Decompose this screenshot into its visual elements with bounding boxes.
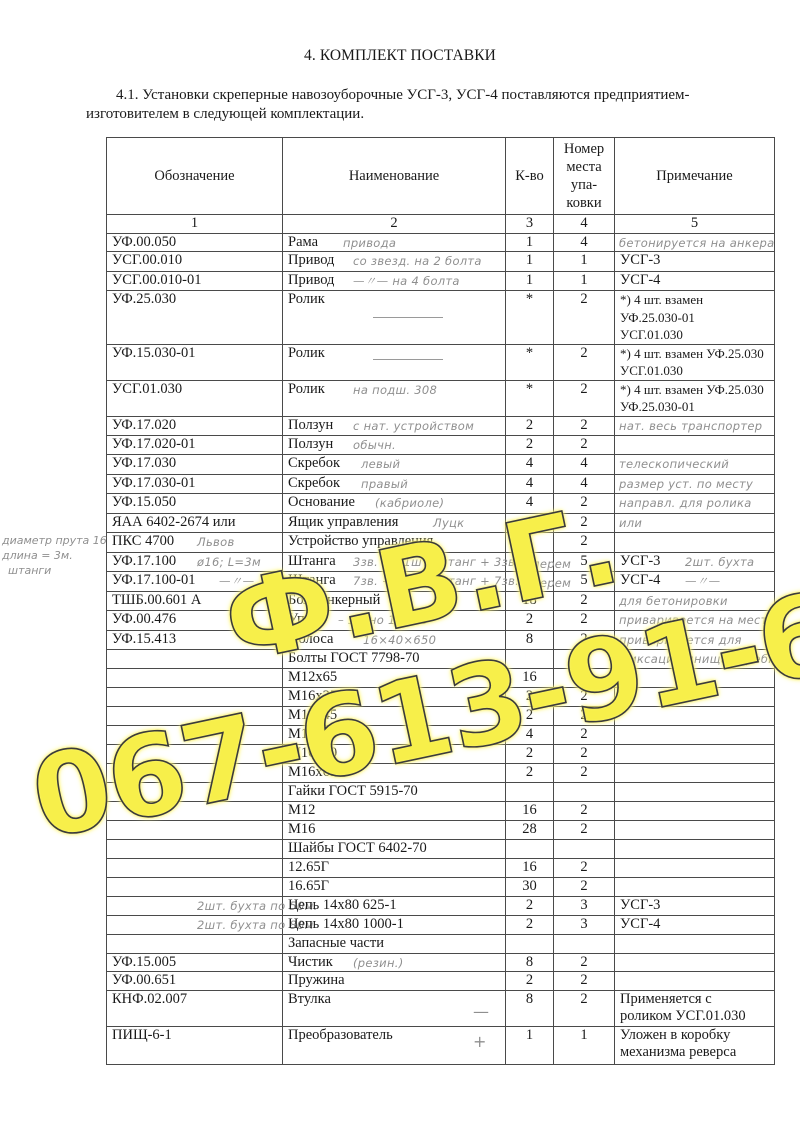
cell-name: Болт анкерный <box>283 591 506 610</box>
cell-pack-number-text: 2 <box>580 764 587 780</box>
cell-name: Штанга7зв. + 14шт. штанг + 7зв. <box>283 571 506 591</box>
note-text: УСГ-3 <box>620 252 660 268</box>
cell-name: 12.65Г <box>283 858 506 877</box>
cell-name: Основание(кабриоле) <box>283 493 506 513</box>
header-qty: К-во <box>506 138 554 215</box>
margin-handwritten-note: диаметр прута 16 длина = 3м. штанги <box>2 533 107 578</box>
cell-name: Преобразователь+ <box>283 1026 506 1064</box>
cell-pack-number-text: 2 <box>580 745 587 761</box>
header-row: Обозначение Наименование К-во Номер мест… <box>107 138 775 215</box>
cell-note: УСГ-4 <box>615 915 775 934</box>
cell-name-text: Рама <box>288 234 318 250</box>
cell-pack-number: 2 <box>554 435 615 454</box>
cell-designation-text: УФ.15.030-01 <box>112 345 195 361</box>
cell-designation: 2шт. бухта по 50м. <box>107 896 283 915</box>
cell-designation <box>107 649 283 668</box>
cell-note: УСГ-4 <box>615 272 775 291</box>
cell-qty: 2 <box>506 610 554 630</box>
cell-pack-number-text: 2 <box>580 514 587 530</box>
cell-designation-text: УФ.17.020-01 <box>112 436 195 452</box>
table-row: УСГ.01.030Роликна подш. 308*2*) 4 шт. вз… <box>107 380 775 416</box>
cell-designation-text: ЯАА 6402-2674 или <box>112 514 235 530</box>
cell-name: Цепь 14х80 625-1 <box>283 896 506 915</box>
cell-designation <box>107 725 283 744</box>
column-number: 1 <box>107 215 283 234</box>
cell-qty: * <box>506 344 554 380</box>
cell-qty-text: 4 <box>526 494 533 510</box>
table-row: М16х3522 <box>107 687 775 706</box>
note-text: УСГ-3 <box>620 553 660 569</box>
cell-name-text: М16х60 <box>288 745 337 761</box>
table-row: Болты ГОСТ 7798-70фиксации днища скребка… <box>107 649 775 668</box>
cell-note: приваривается на месту. <box>615 610 775 630</box>
cell-qty-text: 2 <box>526 897 533 913</box>
cell-note <box>615 953 775 972</box>
cell-qty: 2 <box>506 763 554 782</box>
cell-pack-number-text: 2 <box>580 688 587 704</box>
cell-pack-number-text: 4 <box>580 234 587 250</box>
cell-qty: 2 <box>506 416 554 435</box>
cell-note <box>615 782 775 801</box>
cell-designation: УФ.17.020-01 <box>107 435 283 454</box>
cell-qty <box>506 782 554 801</box>
table-row: М16х5042 <box>107 725 775 744</box>
cell-designation-text: УСГ.00.010 <box>112 252 182 268</box>
cell-pack-number-text: 1 <box>580 272 587 288</box>
note-text: УСГ-3 <box>620 897 660 913</box>
cell-designation: УФ.25.030 <box>107 291 283 345</box>
note-line: УФ.25.030-01 <box>620 309 769 327</box>
cell-name-text: Основание <box>288 494 355 510</box>
table-row: М16х6022 <box>107 744 775 763</box>
cell-qty-text: * <box>526 345 533 361</box>
intro-line-1: 4.1. Установки скреперные навозоуборочны… <box>86 86 776 105</box>
cell-qty-text: 8 <box>526 991 533 1007</box>
table-row: УФ.15.030-01Ролик*2*) 4 шт. взамен УФ.25… <box>107 344 775 380</box>
cell-note: направл. для ролика <box>615 493 775 513</box>
cell-designation: УФ.17.100ø16; L=3м <box>107 552 283 571</box>
cell-qty: 16 <box>506 858 554 877</box>
cell-qty: 2 <box>506 744 554 763</box>
cell-designation: УФ.17.100-01—〃— <box>107 571 283 591</box>
handwritten-annotation: Львов <box>197 534 235 552</box>
cell-name-text: Привод <box>288 272 334 288</box>
handwritten-annotation: телескопический <box>619 456 729 474</box>
column-number-row: 1 2 3 4 5 <box>107 215 775 234</box>
cell-name-text: 12.65Г <box>288 859 329 875</box>
cell-pack-number-text: 3 <box>580 897 587 913</box>
cell-note: размер уст. по месту <box>615 474 775 493</box>
handwritten-annotation: —〃— <box>219 573 254 591</box>
table-body: УФ.00.050Рамапривода14бетонируется на ан… <box>107 233 775 1064</box>
margin-note-line: длина = 3м. <box>2 548 107 563</box>
cell-qty: 2 <box>506 435 554 454</box>
cell-qty-text: * <box>526 291 533 307</box>
cell-name: Ползунс нат. устройством <box>283 416 506 435</box>
cell-note <box>615 668 775 687</box>
cell-pack-number: 2 <box>554 858 615 877</box>
cell-qty-text: 1 <box>526 252 533 268</box>
cell-name-text: Шайбы ГОСТ 6402-70 <box>288 840 427 856</box>
cell-qty: 16 <box>506 668 554 687</box>
handwritten-annotation: —〃— на 4 болта <box>353 273 460 291</box>
cell-pack-number: 4 <box>554 233 615 252</box>
cell-designation-text: УФ.17.100 <box>112 553 176 569</box>
table-row: УФ.15.413Полоса16×40×65082приваривается … <box>107 630 775 649</box>
cell-note <box>615 820 775 839</box>
cell-designation: УФ.15.005 <box>107 953 283 972</box>
handwritten-annotation: с нат. устройством <box>353 418 474 436</box>
cell-qty-text: 2 <box>526 688 533 704</box>
table-row: 2шт. бухта по 50м.Цепь 14х80 625-123УСГ-… <box>107 896 775 915</box>
handwritten-annotation: нат. весь транспортер <box>619 418 762 436</box>
cell-qty-text: 2 <box>526 972 533 988</box>
cell-name: Гайки ГОСТ 5915-70 <box>283 782 506 801</box>
cell-name: Привод—〃— на 4 болта <box>283 272 506 291</box>
cell-designation <box>107 858 283 877</box>
cell-pack-number: 2 <box>554 687 615 706</box>
table-row: УФ.00.651Пружина22 <box>107 972 775 991</box>
cell-designation: ЯАА 6402-2674 или <box>107 513 283 532</box>
cell-qty: 1 <box>506 1026 554 1064</box>
table-row: УФ.00.476Упор– звено 14×8022привариваетс… <box>107 610 775 630</box>
cell-pack-number: 1 <box>554 272 615 291</box>
header-pack-line: ковки <box>554 194 614 212</box>
cell-note: или <box>615 513 775 532</box>
handwritten-annotation: приваривается для <box>619 632 742 650</box>
cell-name-text: 16.65Г <box>288 878 329 894</box>
cell-qty: 2 <box>506 915 554 934</box>
table-row: 12.65Г162 <box>107 858 775 877</box>
cell-pack-number: 3 <box>554 915 615 934</box>
cell-name-text: Болты ГОСТ 7798-70 <box>288 650 419 666</box>
cell-qty-text: 16 <box>522 859 537 875</box>
cell-name-text: Цепь 14х80 625-1 <box>288 897 397 913</box>
cell-pack-number-text: 5 <box>580 572 587 588</box>
cell-name-text: Ползун <box>288 436 333 452</box>
cell-name: 16.65Г <box>283 877 506 896</box>
cell-designation: 2шт. бухта по 80м <box>107 915 283 934</box>
cell-qty-text: 1 <box>526 272 533 288</box>
cell-pack-number: 2 <box>554 493 615 513</box>
cell-designation: УФ.15.050 <box>107 493 283 513</box>
cell-pack-number-text: 2 <box>580 611 587 627</box>
table-row: УСГ.00.010Приводсо звезд. на 2 болта11УС… <box>107 252 775 272</box>
cell-pack-number-text: 2 <box>580 726 587 742</box>
cell-pack-number-text: 2 <box>580 417 587 433</box>
handwritten-annotation: 3зв. + 11шт. штанг + 3зв. <box>353 554 519 572</box>
cell-name-text: Втулка <box>288 991 331 1007</box>
cell-pack-number-text: 2 <box>580 533 587 549</box>
cell-pack-number-text: 2 <box>580 859 587 875</box>
cell-name: М12 <box>283 801 506 820</box>
cell-name-text: М12х65 <box>288 669 337 685</box>
cell-designation: ПИЩ-6-1 <box>107 1026 283 1064</box>
cell-pack-number-text: 2 <box>580 291 587 307</box>
handwritten-annotation: направл. для ролика <box>619 495 752 513</box>
cell-name: Ролик <box>283 291 506 345</box>
cell-designation-text: КНФ.02.007 <box>112 991 187 1007</box>
cell-qty: 18 <box>506 591 554 610</box>
cell-name: Болты ГОСТ 7798-70 <box>283 649 506 668</box>
intro-line-2: изготовителем в следующей комплектации. <box>86 105 776 124</box>
table-row: 2шт. бухта по 80мЦепь 14х80 1000-123УСГ-… <box>107 915 775 934</box>
cell-pack-number <box>554 649 615 668</box>
cell-pack-number-text: 4 <box>580 475 587 491</box>
cell-qty-text: 2 <box>526 764 533 780</box>
cell-pack-number-text: 4 <box>580 455 587 471</box>
cell-note: УСГ-3 <box>615 896 775 915</box>
cell-pack-number: 2 <box>554 990 615 1026</box>
cell-pack-number: 2 <box>554 513 615 532</box>
cell-name-text: Ролик <box>288 381 325 397</box>
cell-designation <box>107 820 283 839</box>
cell-qty: 1 <box>506 272 554 291</box>
cell-name: Приводсо звезд. на 2 болта <box>283 252 506 272</box>
cell-qty-text: * <box>526 381 533 397</box>
column-number: 5 <box>615 215 775 234</box>
table-row: УФ.17.020-01Ползунобычн.22 <box>107 435 775 454</box>
cell-pack-number: 2 <box>554 610 615 630</box>
cell-name: Втулка— <box>283 990 506 1026</box>
cell-qty: 2 <box>506 896 554 915</box>
cell-name: Скребоклевый <box>283 454 506 474</box>
cell-name-text: М16х35 <box>288 688 337 704</box>
cell-designation-text: УФ.15.413 <box>112 631 176 647</box>
cell-designation-text: УФ.00.476 <box>112 611 176 627</box>
column-number: 4 <box>554 215 615 234</box>
table-row: УФ.15.050Основание(кабриоле)42направл. д… <box>107 493 775 513</box>
handwritten-annotation: фиксации днища скребка. <box>619 651 787 669</box>
cell-qty: 2перем <box>506 571 554 591</box>
handwritten-dash: — <box>473 1003 489 1021</box>
note-line: *) 4 шт. взамен <box>620 291 769 309</box>
header-designation: Обозначение <box>107 138 283 215</box>
cell-pack-number-text: 1 <box>580 1027 587 1043</box>
cell-pack-number-text: 2 <box>580 991 587 1007</box>
table-row: УСГ.00.010-01Привод—〃— на 4 болта11УСГ-4 <box>107 272 775 291</box>
cell-qty: 8 <box>506 990 554 1026</box>
table-row: М16х4522 <box>107 706 775 725</box>
handwritten-annotation: размер уст. по месту <box>619 476 753 494</box>
cell-pack-number-text: 5 <box>580 553 587 569</box>
cell-designation-text: УФ.17.030-01 <box>112 475 195 491</box>
cell-designation <box>107 801 283 820</box>
cell-designation: УФ.00.050 <box>107 233 283 252</box>
cell-designation: УСГ.01.030 <box>107 380 283 416</box>
table-row: УФ.00.050Рамапривода14бетонируется на ан… <box>107 233 775 252</box>
table-row: 16.65Г302 <box>107 877 775 896</box>
cell-pack-number: 4 <box>554 454 615 474</box>
cell-pack-number: 4 <box>554 474 615 493</box>
cell-name: Шайбы ГОСТ 6402-70 <box>283 839 506 858</box>
cell-qty: 30 <box>506 877 554 896</box>
section-title: 4. КОМПЛЕКТ ПОСТАВКИ <box>0 47 800 65</box>
cell-qty: 8 <box>506 953 554 972</box>
cell-pack-number: 2 <box>554 591 615 610</box>
note-text: УСГ-4 <box>620 916 660 932</box>
cell-name-text: Упор <box>288 611 319 627</box>
cell-qty-text: 16 <box>522 669 537 685</box>
cell-designation <box>107 763 283 782</box>
cell-qty-text: 16 <box>522 802 537 818</box>
cell-name-text: Ролик <box>288 345 325 361</box>
handwritten-annotation: 7зв. + 14шт. штанг + 7зв. <box>353 573 519 591</box>
cell-pack-number: 2 <box>554 291 615 345</box>
cell-designation-text: УФ.17.030 <box>112 455 176 471</box>
handwritten-annotation: со звезд. на 2 болта <box>353 253 482 271</box>
note-line: УСГ.01.030 <box>620 362 769 380</box>
cell-note: бетонируется на анкера <box>615 233 775 252</box>
cell-note <box>615 858 775 877</box>
cell-pack-number: 2 <box>554 725 615 744</box>
cell-designation <box>107 687 283 706</box>
cell-qty: 1 <box>506 233 554 252</box>
cell-note <box>615 744 775 763</box>
table-row: УФ.15.005Чистик(резин.)82 <box>107 953 775 972</box>
cell-pack-number: 2 <box>554 416 615 435</box>
table-row: УФ.17.100ø16; L=3мШтанга3зв. + 11шт. шта… <box>107 552 775 571</box>
cell-pack-number-text: 2 <box>580 669 587 685</box>
cell-note <box>615 687 775 706</box>
cell-pack-number: 2 <box>554 532 615 552</box>
cell-pack-number-text: 2 <box>580 972 587 988</box>
cell-pack-number-text: 2 <box>580 345 587 361</box>
cell-note: нат. весь транспортер <box>615 416 775 435</box>
table-row: УФ.17.030-01Скребокправый44размер уст. п… <box>107 474 775 493</box>
handwritten-annotation: Луцк <box>433 515 464 533</box>
note-line: Применяется с <box>620 991 769 1009</box>
cell-name: Ролик <box>283 344 506 380</box>
cell-qty <box>506 839 554 858</box>
cell-designation-text: УФ.15.050 <box>112 494 176 510</box>
cell-qty-text: 8 <box>526 954 533 970</box>
cell-qty: 16 <box>506 801 554 820</box>
cell-designation-text: УФ.25.030 <box>112 291 176 307</box>
cell-note <box>615 801 775 820</box>
table-row: Шайбы ГОСТ 6402-70 <box>107 839 775 858</box>
cell-qty-text: 2 <box>526 707 533 723</box>
cell-pack-number-text: 2 <box>580 878 587 894</box>
cell-pack-number-text: 2 <box>580 436 587 452</box>
cell-pack-number-text: 2 <box>580 631 587 647</box>
cell-pack-number: 2 <box>554 877 615 896</box>
cell-qty: 2 <box>506 972 554 991</box>
cell-name-text: Ролик <box>288 291 325 307</box>
cell-pack-number: 5 <box>554 571 615 591</box>
table-row: ПИЩ-6-1Преобразователь+11Уложен в коробк… <box>107 1026 775 1064</box>
cell-qty: * <box>506 380 554 416</box>
cell-pack-number-text: 1 <box>580 252 587 268</box>
table-row: КНФ.02.007Втулка—82Применяется сроликом … <box>107 990 775 1026</box>
cell-name-text: М16х50 <box>288 726 337 742</box>
cell-qty: 2 <box>506 706 554 725</box>
cell-pack-number-text: 2 <box>580 707 587 723</box>
cell-name: М16х45 <box>283 706 506 725</box>
handwritten-dash <box>373 317 443 318</box>
cell-note: УСГ-32шт. бухта <box>615 552 775 571</box>
handwritten-annotation: левый <box>361 456 400 474</box>
cell-note: *) 4 шт. взаменУФ.25.030-01УСГ.01.030 <box>615 291 775 345</box>
cell-designation-text: УФ.00.651 <box>112 972 176 988</box>
table-row: М12162 <box>107 801 775 820</box>
handwritten-annotation: для бетонировки <box>619 593 728 611</box>
cell-name: Ползунобычн. <box>283 435 506 454</box>
delivery-set-table: Обозначение Наименование К-во Номер мест… <box>106 137 775 1065</box>
note-line: УФ.25.030-01 <box>620 398 769 416</box>
cell-note: фиксации днища скребка. <box>615 649 775 668</box>
note-text: УСГ-4 <box>620 572 660 588</box>
cell-name-text: Ползун <box>288 417 333 433</box>
header-note: Примечание <box>615 138 775 215</box>
table-row: ЯАА 6402-2674 илиЯщик управленияЛуцк12ил… <box>107 513 775 532</box>
cell-note: телескопический <box>615 454 775 474</box>
handwritten-annotation: – звено 14×80 <box>338 612 428 630</box>
cell-qty: 8 <box>506 630 554 649</box>
cell-note: УСГ-4—〃— <box>615 571 775 591</box>
note-line: УСГ.01.030 <box>620 326 769 344</box>
cell-qty-text: 18 <box>522 592 537 608</box>
column-number: 2 <box>283 215 506 234</box>
cell-name: Устройство управления <box>283 532 506 552</box>
table-row: Гайки ГОСТ 5915-70 <box>107 782 775 801</box>
cell-designation <box>107 706 283 725</box>
cell-pack-number <box>554 839 615 858</box>
cell-name: М16х35 <box>283 687 506 706</box>
cell-note <box>615 934 775 953</box>
cell-pack-number: 2 <box>554 344 615 380</box>
cell-note <box>615 725 775 744</box>
cell-name: Запасные части <box>283 934 506 953</box>
cell-name-text: М16 <box>288 821 315 837</box>
cell-name-text: Скребок <box>288 475 340 491</box>
cell-pack-number: 2 <box>554 380 615 416</box>
cell-name: Роликна подш. 308 <box>283 380 506 416</box>
table-row: ТШБ.00.601 АБолт анкерный182для бетониро… <box>107 591 775 610</box>
cell-name-text: Привод <box>288 252 334 268</box>
cell-pack-number-text: 3 <box>580 916 587 932</box>
handwritten-annotation: или <box>619 515 642 533</box>
cell-pack-number-text: 2 <box>580 802 587 818</box>
note-line: *) 4 шт. взамен УФ.25.030 <box>620 381 769 399</box>
cell-qty-text: 1 <box>526 1027 533 1043</box>
cell-designation: ТШБ.00.601 А <box>107 591 283 610</box>
cell-qty-text: 4 <box>526 455 533 471</box>
cell-name: Скребокправый <box>283 474 506 493</box>
cell-pack-number <box>554 782 615 801</box>
cell-name: Чистик(резин.) <box>283 953 506 972</box>
cell-designation-text: УФ.17.020 <box>112 417 176 433</box>
cell-designation: КНФ.02.007 <box>107 990 283 1026</box>
cell-qty-text: 2 <box>526 745 533 761</box>
header-pack-line: упа- <box>554 176 614 194</box>
cell-name-text: Устройство управления <box>288 533 433 549</box>
cell-name-text: М12 <box>288 802 315 818</box>
note-line: Уложен в коробку <box>620 1027 769 1045</box>
table-row: М16282 <box>107 820 775 839</box>
cell-designation: УФ.00.651 <box>107 972 283 991</box>
cell-name: Полоса16×40×650 <box>283 630 506 649</box>
cell-pack-number: 2 <box>554 744 615 763</box>
cell-pack-number: 2 <box>554 801 615 820</box>
cell-designation-text: ТШБ.00.601 А <box>112 592 201 608</box>
cell-qty: * <box>506 291 554 345</box>
cell-designation <box>107 782 283 801</box>
note-line: механизма реверса <box>620 1044 769 1062</box>
table-row: УФ.17.030Скребоклевый44телескопический <box>107 454 775 474</box>
margin-note-line: штанги <box>2 563 107 578</box>
cell-designation-text: УФ.17.100-01 <box>112 572 195 588</box>
